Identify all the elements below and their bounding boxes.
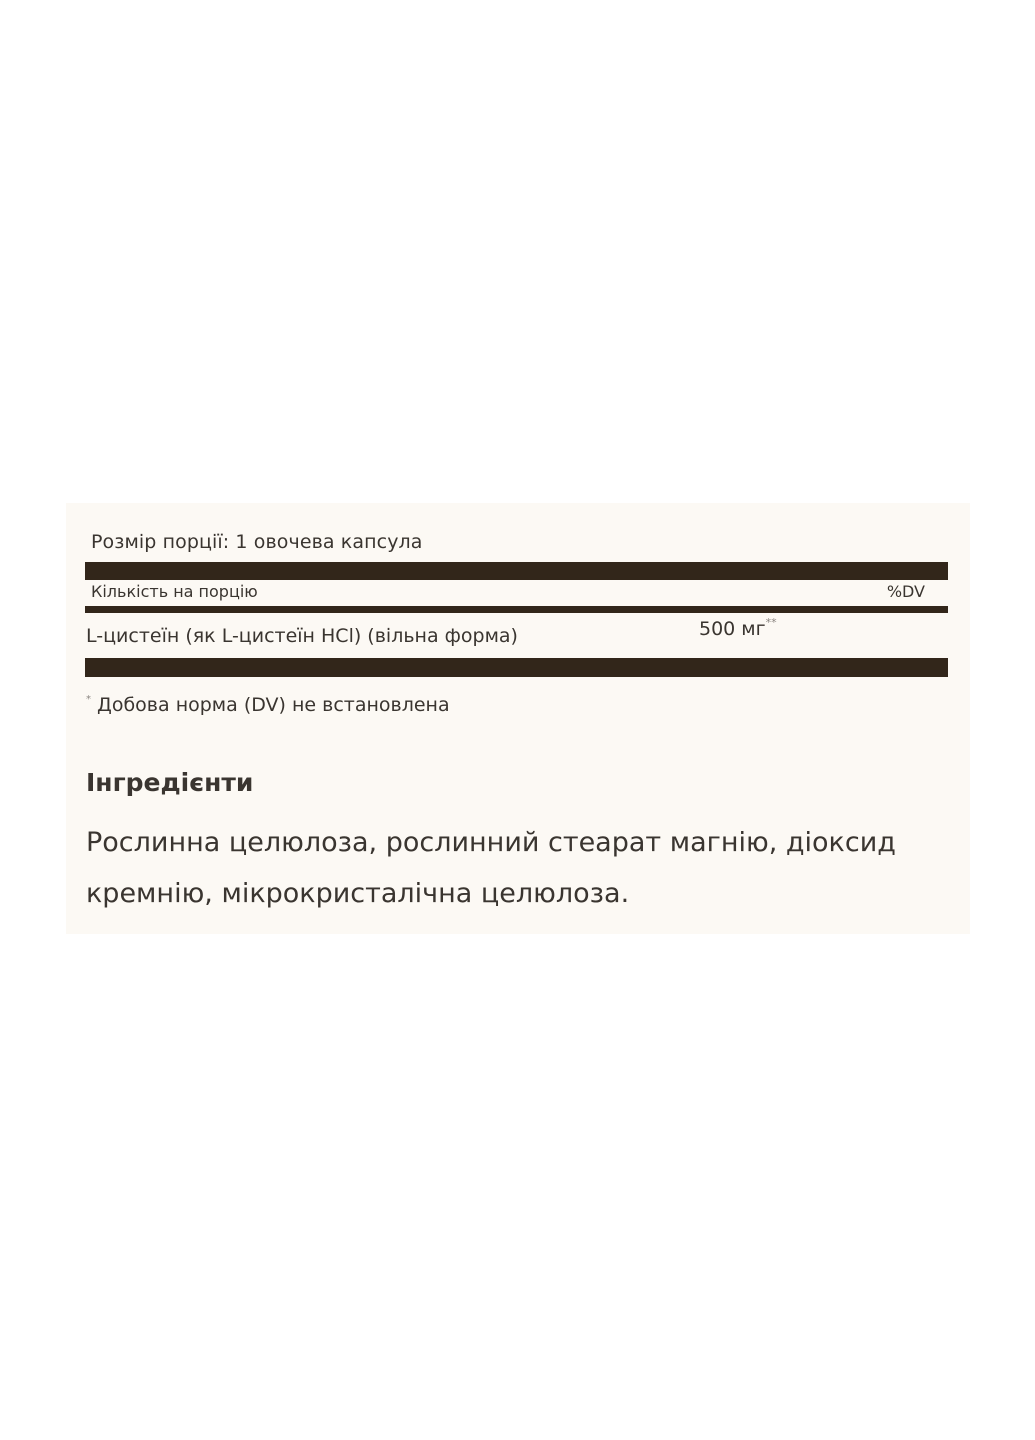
nutrient-name: L-цистеїн (як L-цистеїн HCl) (вільна фор…	[86, 625, 518, 647]
ingredients-title: Інгредієнти	[86, 768, 253, 797]
nutrient-amount: 500 мг**	[699, 618, 777, 640]
footnote-marker: *	[86, 694, 91, 705]
footnote-text: Добова норма (DV) не встановлена	[97, 694, 450, 716]
ingredients-text: Рослинна целюлоза, рослинний стеарат маг…	[86, 817, 946, 919]
divider-thin	[85, 606, 948, 613]
footnote: *Добова норма (DV) не встановлена	[86, 694, 450, 716]
serving-size: Розмір порції: 1 овочева капсула	[91, 531, 423, 553]
amount-per-serving-header: Кількість на порцію	[91, 582, 258, 601]
divider-thick-bottom	[85, 658, 948, 677]
supplement-facts-panel: Розмір порції: 1 овочева капсула Кількіс…	[66, 503, 970, 934]
nutrient-amount-marker: **	[766, 616, 777, 629]
divider-thick	[85, 562, 948, 580]
nutrient-amount-value: 500 мг	[699, 618, 766, 640]
daily-value-header: %DV	[887, 582, 925, 601]
